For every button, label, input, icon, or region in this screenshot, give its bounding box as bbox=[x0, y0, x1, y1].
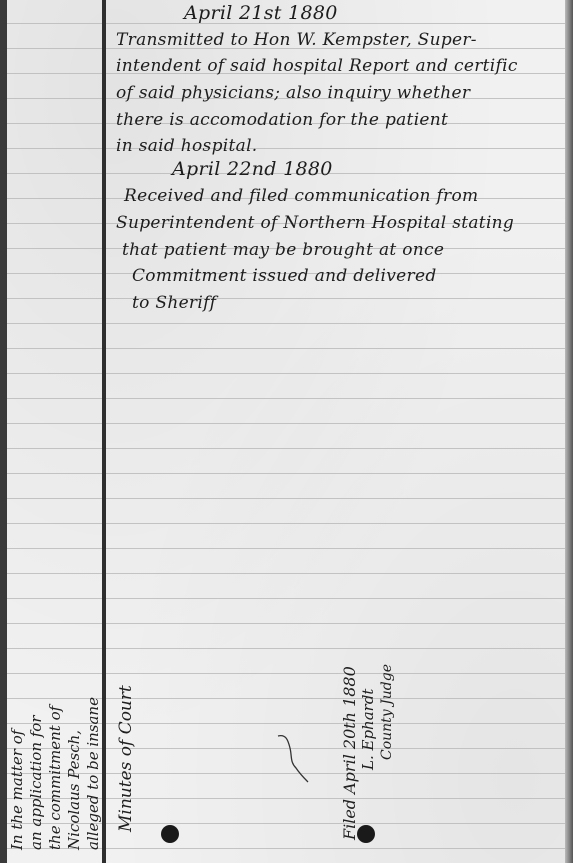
filing-note: Filed April 20th 1880 L. Ephardt County … bbox=[340, 664, 397, 840]
pen-flourish-icon bbox=[276, 730, 316, 790]
minutes-label: Minutes of Court bbox=[116, 685, 136, 832]
entry-line: in said hospital. bbox=[116, 136, 258, 156]
entry-line: Commitment issued and delivered bbox=[132, 266, 437, 286]
punch-hole bbox=[161, 825, 179, 843]
entry-line: intendent of said hospital Report and ce… bbox=[116, 56, 518, 76]
entry-date: April 21st 1880 bbox=[184, 2, 338, 24]
margin-caption: In the matter of an application for the … bbox=[8, 697, 103, 850]
entry-date: April 22nd 1880 bbox=[172, 158, 333, 180]
caption-line: In the matter of bbox=[8, 697, 27, 850]
entry-line: Superintendent of Northern Hospital stat… bbox=[116, 213, 514, 233]
filing-line: L. Ephardt bbox=[359, 664, 378, 840]
entry-line: to Sheriff bbox=[132, 293, 216, 313]
entry-line: there is accomodation for the patient bbox=[116, 110, 448, 130]
caption-line: the commitment of bbox=[46, 697, 65, 850]
right-page-edge bbox=[565, 0, 573, 863]
caption-line: Nicolaus Pesch, bbox=[65, 697, 84, 850]
entry-line: Received and filed communication from bbox=[124, 186, 478, 206]
filing-line: Filed April 20th 1880 bbox=[340, 664, 359, 840]
entry-line: of said physicians; also inquiry whether bbox=[116, 83, 470, 103]
document-page: April 21st 1880 Transmitted to Hon W. Ke… bbox=[0, 0, 573, 863]
caption-line: an application for bbox=[27, 697, 46, 850]
punch-hole bbox=[357, 825, 375, 843]
entry-line: Transmitted to Hon W. Kempster, Super- bbox=[116, 30, 477, 50]
caption-line: alleged to be insane bbox=[84, 697, 103, 850]
filing-line: County Judge bbox=[378, 664, 397, 840]
left-page-edge bbox=[0, 0, 7, 863]
entry-line: that patient may be brought at once bbox=[122, 240, 444, 260]
